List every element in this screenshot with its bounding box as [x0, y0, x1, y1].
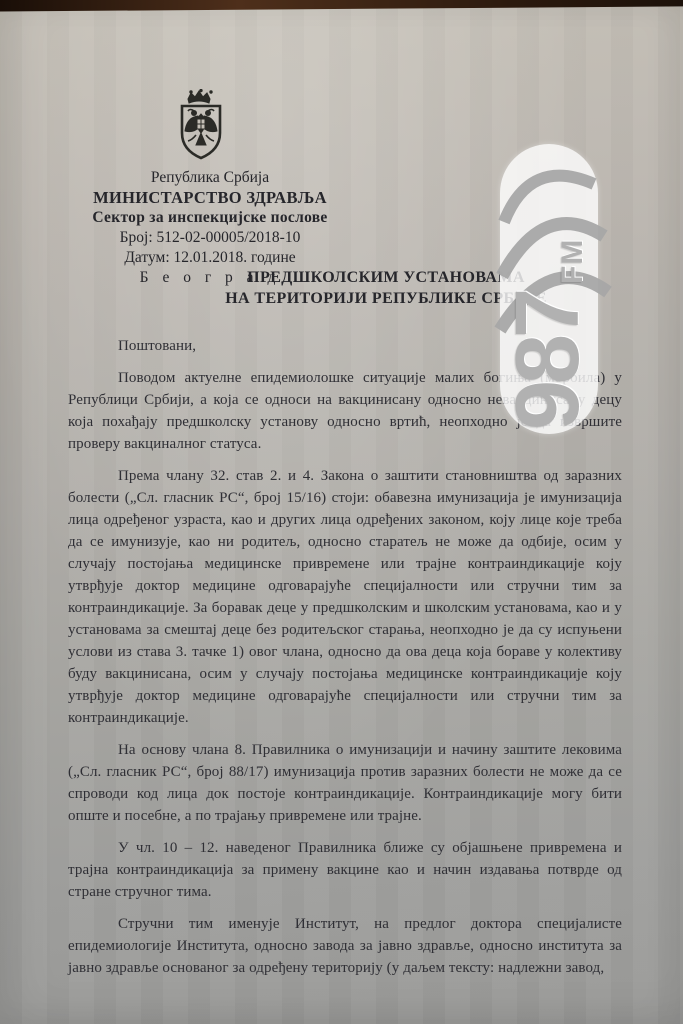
paragraph-expert-team: Стручни тим именује Институт, на предлог… [68, 913, 622, 979]
watermark-digits: 987 [500, 292, 596, 434]
radio-987fm-watermark: 987 FM [500, 144, 598, 434]
paragraph-law-article-32: Према члану 32. став 2. и 4. Закона о за… [68, 465, 622, 729]
ministry-name: МИНИСТАРСТВО ЗДРАВЉА [60, 188, 360, 208]
watermark-band-label: FM [556, 239, 590, 284]
case-number-line: Број: 512-02-00005/2018-10 [60, 228, 360, 248]
paragraph-articles-10-12: У чл. 10 – 12. наведеног Правилника ближ… [68, 837, 622, 903]
paragraph-rulebook-article-8: На основу члана 8. Правилника о имунизац… [68, 739, 622, 827]
date-line: Датум: 12.01.2018. године [60, 248, 360, 268]
sector-name: Сектор за инспекцијске послове [60, 208, 360, 228]
country-name: Република Србија [60, 168, 360, 188]
serbia-coat-of-arms-icon [174, 89, 228, 167]
paper-sheet: Република Србија МИНИСТАРСТВО ЗДРАВЉА Се… [0, 5, 683, 1024]
photographed-document: Република Србија МИНИСТАРСТВО ЗДРАВЉА Се… [0, 0, 683, 1024]
watermark-text: 987 FM [500, 144, 598, 434]
